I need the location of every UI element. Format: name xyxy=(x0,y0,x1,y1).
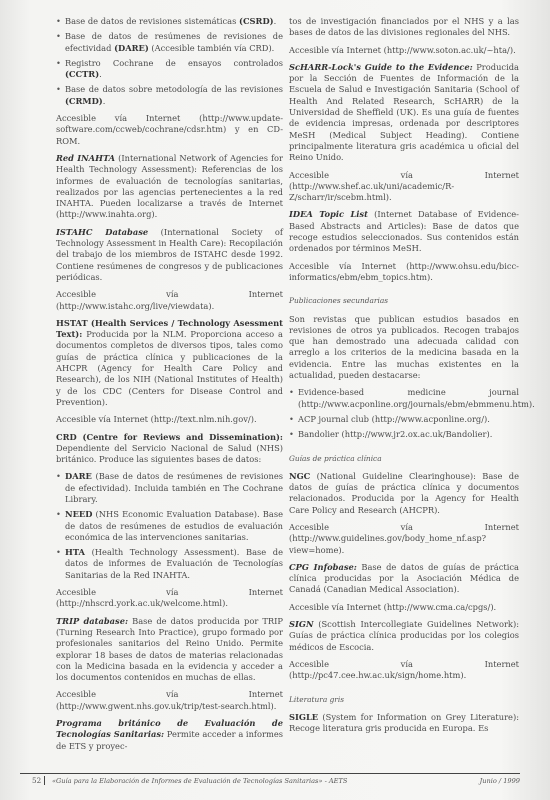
paragraph-cochrane-access: Accesible vía Internet (http://www.updat… xyxy=(56,113,283,147)
list-item: Base de datos de revisiones sistemáticas… xyxy=(56,16,283,27)
list-item: Registro Cochrane de ensayos controlados… xyxy=(56,58,283,81)
list-item: HTA (Health Technology Assessment). Base… xyxy=(56,547,283,581)
paragraph-sigle: SIGLE (System for Information on Grey Li… xyxy=(289,712,519,735)
document-page: Base de datos de revisiones sistemáticas… xyxy=(0,0,550,800)
paragraph-publicaciones: Son revistas que publican estudios basad… xyxy=(289,314,519,382)
paragraph-istahc: ISTAHC Database (International Society o… xyxy=(56,227,283,283)
cochrane-databases-list: Base de datos de revisiones sistemáticas… xyxy=(56,16,283,107)
publications-list: Evidence-based medicine journal (http://… xyxy=(289,387,519,440)
paragraph-soton-access: Accesible vía Internet (http://www.soton… xyxy=(289,45,519,56)
crd-databases-list: DARE (Base de datos de resúmenes de revi… xyxy=(56,471,283,581)
list-item: Base de datos de resúmenes de revisiones… xyxy=(56,31,283,54)
section-title-literatura-gris: Literatura gris xyxy=(289,694,519,705)
paragraph-hstat-access: Accesible vía Internet (http://text.nlm.… xyxy=(56,414,283,425)
paragraph-shef-access: Accesible vía Internet (http://www.shef.… xyxy=(289,170,519,204)
list-item: NEED (NHS Economic Evaluation Database).… xyxy=(56,509,283,543)
footer-date: Junio / 1999 xyxy=(480,777,520,785)
list-item: Base de datos sobre metodología de las r… xyxy=(56,84,283,107)
paragraph-ngc-access: Accesible vía Internet (http://www.guide… xyxy=(289,522,519,556)
paragraph-cpg-access: Accesible vía Internet (http://www.cma.c… xyxy=(289,602,519,613)
paragraph-ngc: NGC (National Guideline Clearinghouse): … xyxy=(289,471,519,516)
paragraph-sign: SIGN (Scottish Intercollegiate Guideline… xyxy=(289,619,519,653)
paragraph-trip-access: Accesible vía Internet (http://www.gwent… xyxy=(56,689,283,712)
paragraph-crd-access: Accesible vía Internet (http://nhscrd.yo… xyxy=(56,587,283,610)
list-item: Bandolier (http://www.jr2.ox.ac.uk/Bando… xyxy=(289,429,519,440)
paragraph-scharr: ScHARR-Lock's Guide to the Evidence: Pro… xyxy=(289,62,519,164)
list-item: DARE (Base de datos de resúmenes de revi… xyxy=(56,471,283,505)
paragraph-istahc-access: Accesible vía Internet (http://www.istah… xyxy=(56,289,283,312)
right-column: tos de investigación financiados por el … xyxy=(289,16,519,740)
paragraph-hstat: HSTAT (Health Services / Technology Ases… xyxy=(56,318,283,408)
section-title-publicaciones: Publicaciones secundarias xyxy=(289,295,519,306)
paragraph-crd: CRD (Centre for Reviews and Disseminatio… xyxy=(56,432,283,466)
paragraph-inahta: Red INAHTA (International Network of Age… xyxy=(56,153,283,221)
paragraph-programa: Programa británico de Evaluación de Tecn… xyxy=(56,718,283,752)
paragraph-ohsu-access: Accesible vía Internet (http://www.ohsu.… xyxy=(289,261,519,284)
paragraph-sign-access: Accesible vía Internet (http://pc47.cee.… xyxy=(289,659,519,682)
left-column: Base de datos de revisiones sistemáticas… xyxy=(56,16,283,758)
footer-title: «Guía para la Elaboración de Informes de… xyxy=(52,777,347,785)
page-footer: 52 «Guía para la Elaboración de Informes… xyxy=(20,773,520,774)
list-item: ACP journal club (http://www.acponline.o… xyxy=(289,414,519,425)
section-title-guias: Guías de práctica clínica xyxy=(289,453,519,464)
page-number: 52 xyxy=(32,776,45,785)
paragraph-trip: TRIP database: Base de datos producida p… xyxy=(56,616,283,684)
paragraph-continuation: tos de investigación financiados por el … xyxy=(289,16,519,39)
list-item: Evidence-based medicine journal (http://… xyxy=(289,387,519,410)
paragraph-cpg: CPG Infobase: Base de datos de guías de … xyxy=(289,562,519,596)
paragraph-idea: IDEA Topic List (Internet Database of Ev… xyxy=(289,209,519,254)
